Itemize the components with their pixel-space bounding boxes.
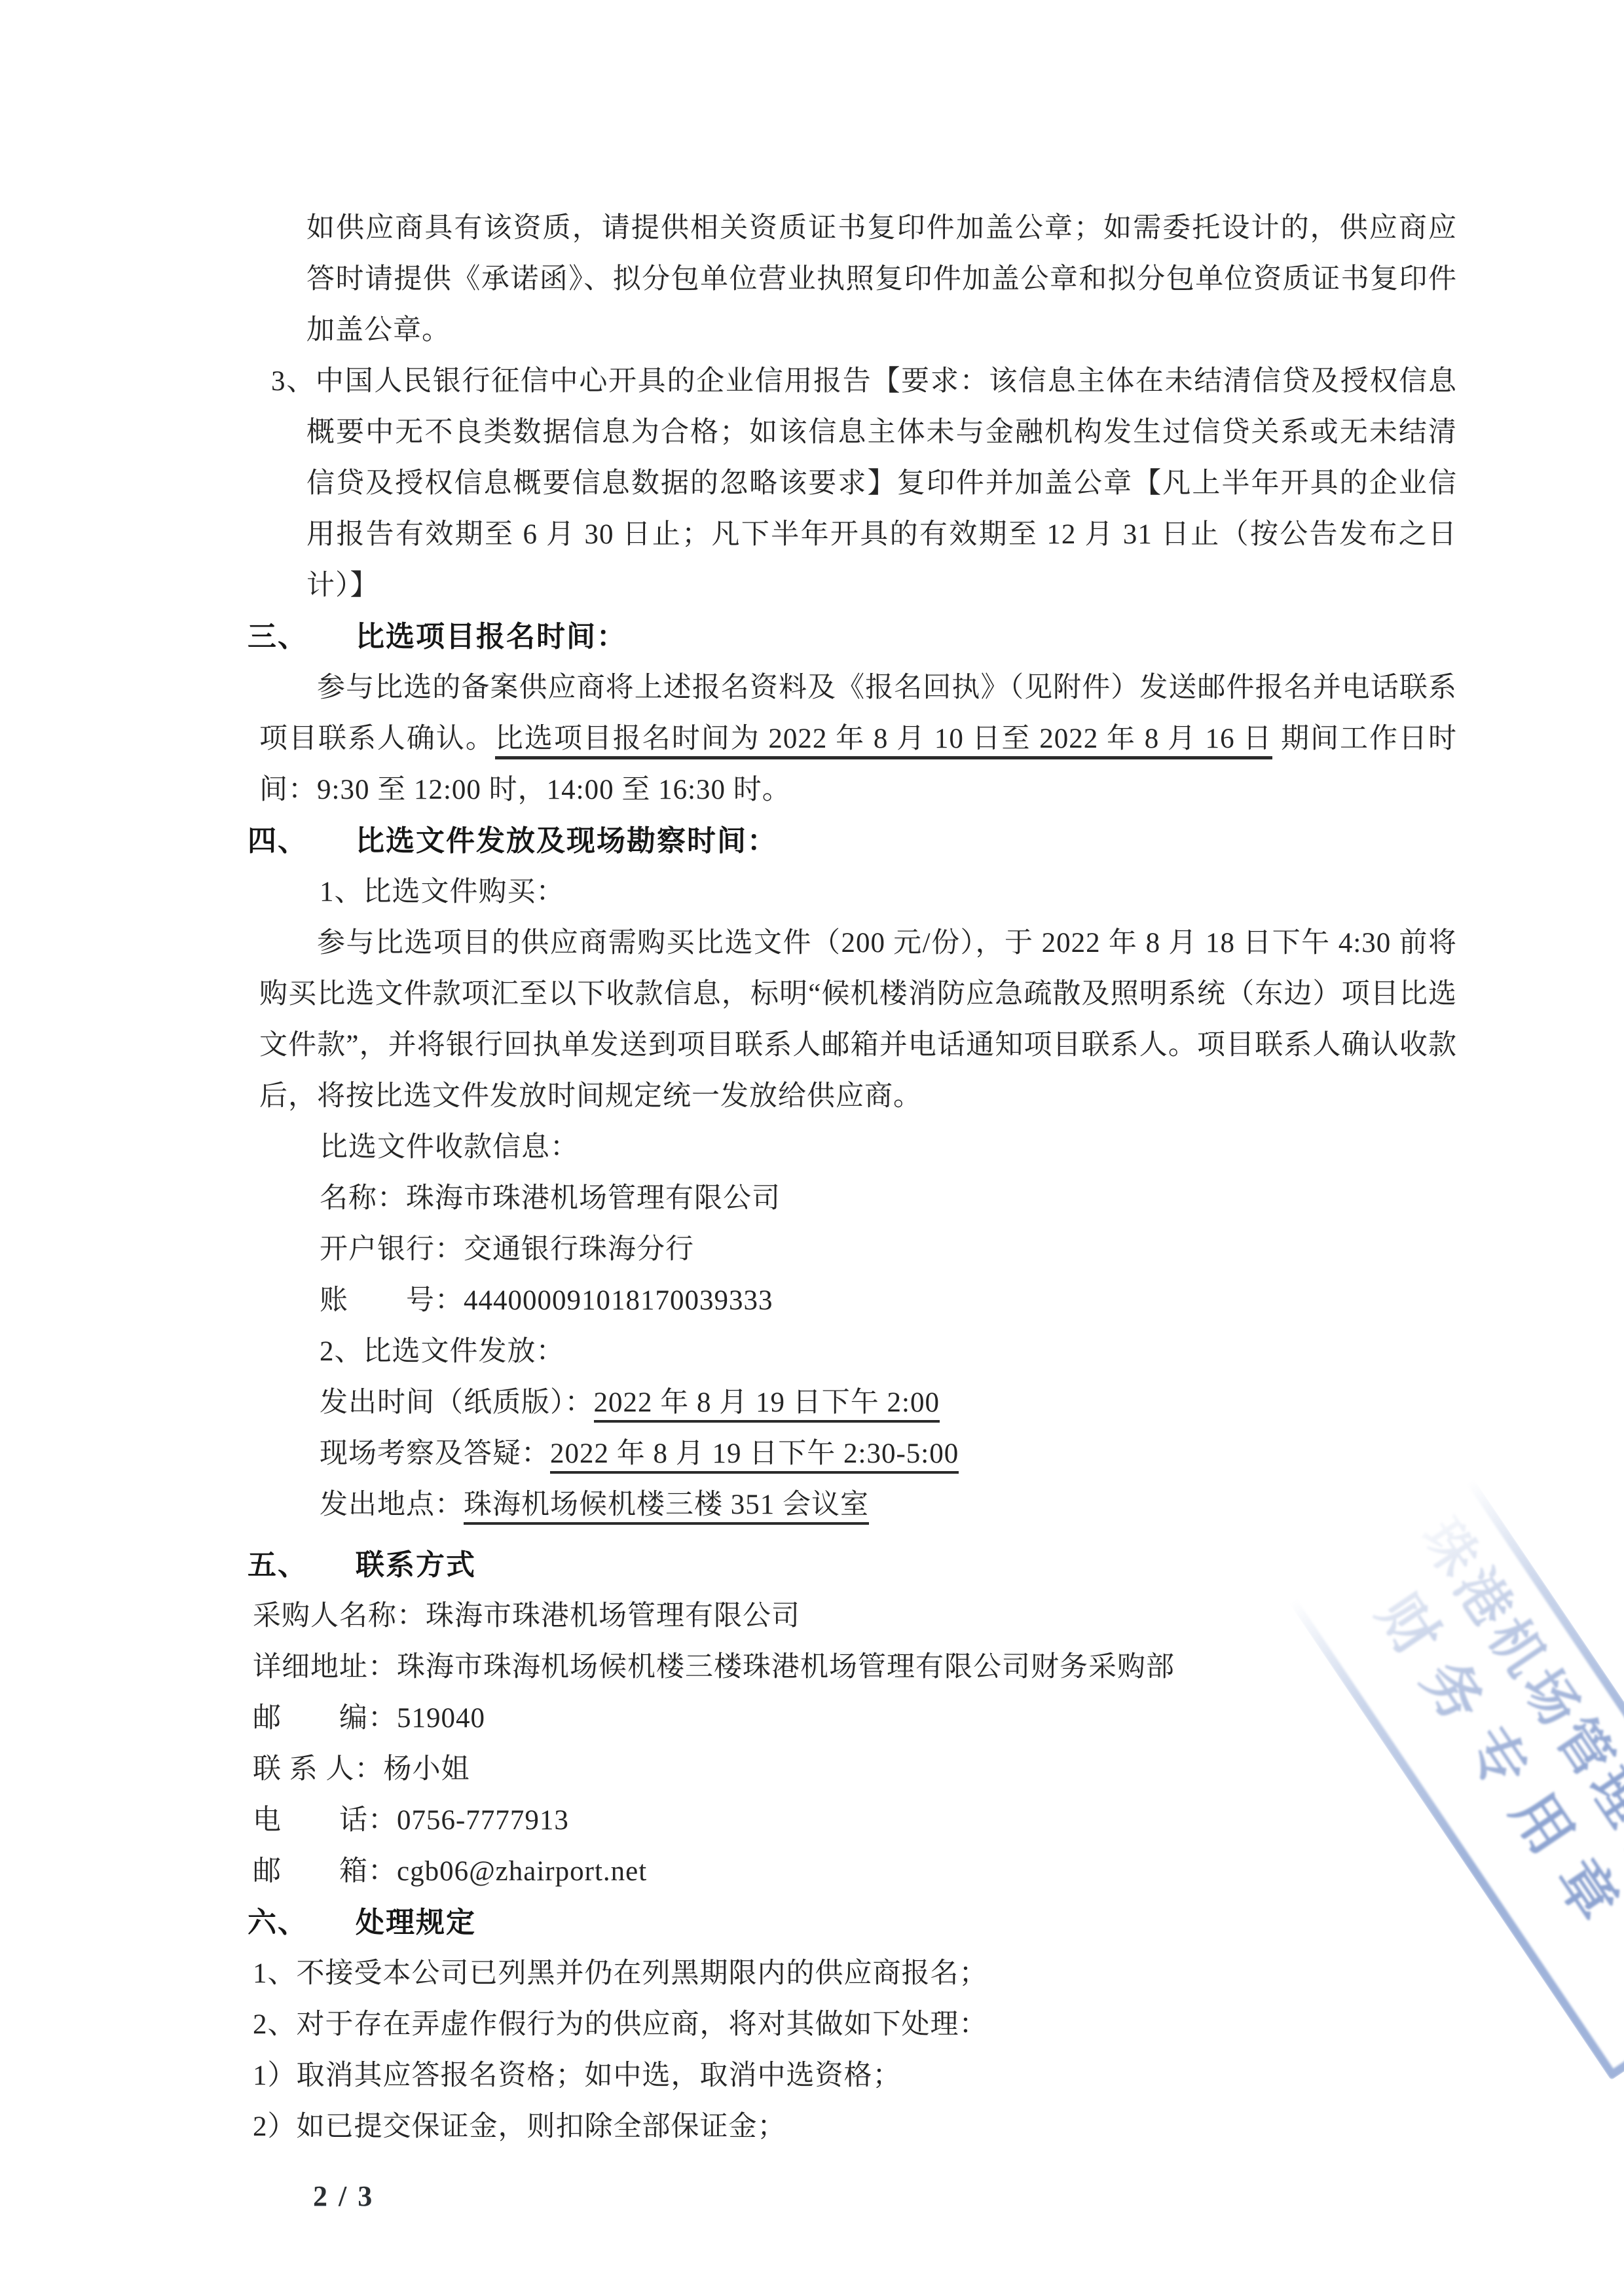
contact-postcode: 邮 编：519040 (253, 1693, 1624, 1744)
section-heading-contact: 五、联系方式 (248, 1540, 1624, 1591)
page-number: 2 / 3 (313, 2171, 374, 2222)
contact-buyer-name: 采购人名称：珠海市珠港机场管理有限公司 (253, 1591, 1624, 1642)
section-number: 四、 (248, 816, 356, 867)
issue-time-line: 发出时间（纸质版）：2022 年 8 月 19 日下午 2:00 (320, 1377, 1624, 1429)
contact-phone: 电 话：0756-7777913 (253, 1795, 1624, 1846)
issue-place-label: 发出地点： (320, 1489, 464, 1520)
site-survey-value-underlined: 2022 年 8 月 19 日下午 2:30-5:00 (550, 1438, 959, 1474)
document-content: 如供应商具有该资质，请提供相关资质证书复印件加盖公章；如需委托设计的，供应商应答… (0, 0, 1624, 2153)
payee-bank: 开户银行：交通银行珠海分行 (320, 1224, 1624, 1275)
issue-time-value-underlined: 2022 年 8 月 19 日下午 2:00 (594, 1387, 940, 1423)
issue-time-label: 发出时间（纸质版）： (320, 1387, 594, 1418)
section-title: 比选项目报名时间： (356, 621, 627, 653)
section-heading-registration-time: 三、比选项目报名时间： (248, 611, 1624, 663)
contact-person: 联 系 人：杨小姐 (253, 1744, 1624, 1795)
rule-deposit-forfeit: 2）如已提交保证金，则扣除全部保证金； (253, 2102, 1624, 2153)
rule-fraud: 2、对于存在弄虚作假行为的供应商，将对其做如下处理： (253, 1999, 1624, 2050)
payee-name: 名称：珠海市珠港机场管理有限公司 (320, 1173, 1624, 1224)
section-number: 三、 (248, 611, 356, 663)
account-number: 444000091018170039333 (464, 1285, 773, 1316)
account-label: 账 号： (320, 1285, 464, 1316)
section-heading-document-issue: 四、比选文件发放及现场勘察时间： (248, 816, 1624, 867)
issue-place-line: 发出地点：珠海机场候机楼三楼 351 会议室 (320, 1480, 1624, 1531)
section-title: 联系方式 (356, 1549, 476, 1581)
subitem-document-issue: 2、比选文件发放： (320, 1326, 1624, 1377)
rule-cancel-qualification: 1）取消其应答报名资格；如中选，取消中选资格； (253, 2050, 1624, 2102)
paragraph-registration-time: 参与比选的备案供应商将上述报名资料及《报名回执》（见附件）发送邮件报名并电话联系… (259, 663, 1457, 816)
section-number: 五、 (248, 1540, 356, 1591)
document-page: 如供应商具有该资质，请提供相关资质证书复印件加盖公章；如需委托设计的，供应商应答… (0, 0, 1624, 2296)
payee-account: 账 号：444000091018170039333 (320, 1275, 1624, 1326)
list-item-credit-report: 3、中国人民银行征信中心开具的企业信用报告【要求：该信息主体在未结清信贷及授权信… (306, 356, 1457, 611)
site-survey-line: 现场考察及答疑：2022 年 8 月 19 日下午 2:30-5:00 (320, 1429, 1624, 1480)
section-title: 处理规定 (356, 1906, 476, 1939)
subitem-document-purchase: 1、比选文件购买： (320, 867, 1624, 918)
rule-blacklist: 1、不接受本公司已列黑并仍在列黑期限内的供应商报名； (253, 1948, 1624, 1999)
paragraph-qualification-requirement: 如供应商具有该资质，请提供相关资质证书复印件加盖公章；如需委托设计的，供应商应答… (306, 203, 1457, 356)
section-title: 比选文件发放及现场勘察时间： (356, 825, 777, 857)
section-number: 六、 (248, 1897, 356, 1948)
issue-place-value-underlined: 珠海机场候机楼三楼 351 会议室 (464, 1489, 869, 1525)
payee-info-header: 比选文件收款信息： (320, 1122, 1624, 1173)
contact-email: 邮 箱：cgb06@zhairport.net (253, 1846, 1624, 1897)
registration-period-underlined: 比选项目报名时间为 2022 年 8 月 10 日至 2022 年 8 月 16… (495, 723, 1273, 759)
section-heading-handling-rules: 六、处理规定 (248, 1897, 1624, 1948)
contact-address: 详细地址：珠海市珠海机场候机楼三楼珠港机场管理有限公司财务采购部 (253, 1642, 1624, 1693)
paragraph-document-purchase: 参与比选项目的供应商需购买比选文件（200 元/份），于 2022 年 8 月 … (259, 918, 1457, 1122)
site-survey-label: 现场考察及答疑： (320, 1438, 550, 1469)
